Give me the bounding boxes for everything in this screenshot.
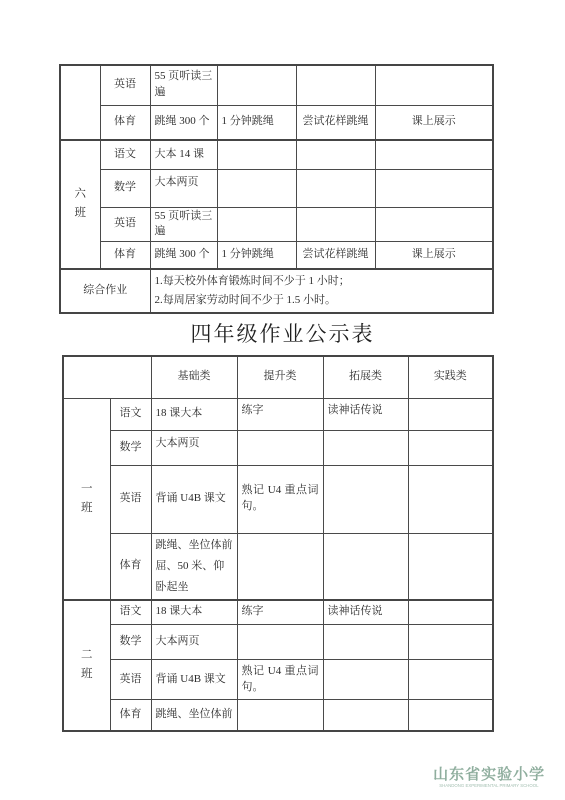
subject-cell: 数学 xyxy=(100,169,150,207)
class-cell-class1: 一班 xyxy=(63,398,110,600)
expand-homework-cell xyxy=(323,700,408,731)
improve-homework-cell xyxy=(237,700,323,731)
class-cell-class6: 六班 xyxy=(60,140,100,269)
improve-homework-cell xyxy=(237,430,323,465)
table-row: 数学 大本两页 xyxy=(63,430,493,465)
improve-homework-cell xyxy=(217,65,296,105)
expand-homework-cell: 读神话传说 xyxy=(323,398,408,430)
table-row: 数学 大本两页 xyxy=(60,169,493,207)
expand-homework-cell xyxy=(323,430,408,465)
basic-homework-cell: 跳绳 300 个 xyxy=(150,242,217,269)
class-label: 一班 xyxy=(81,480,93,518)
practice-homework-cell xyxy=(408,700,493,731)
table-row: 英语 背诵 U4B 课文 熟记 U4 重点词句。 xyxy=(63,465,493,533)
improve-homework-cell xyxy=(237,533,323,600)
improve-homework-cell: 熟记 U4 重点词句。 xyxy=(237,465,323,533)
expand-homework-cell: 尝试花样跳绳 xyxy=(296,242,375,269)
homework-table-top: 英语 55 页听读三遍 体育 跳绳 300 个 1 分钟跳绳 尝试花样跳绳 课上… xyxy=(59,64,494,314)
class-label: 二班 xyxy=(81,646,93,684)
practice-homework-cell xyxy=(408,430,493,465)
subject-cell: 体育 xyxy=(100,105,150,140)
expand-homework-cell: 读神话传说 xyxy=(323,600,408,625)
subject-cell: 语文 xyxy=(110,600,151,625)
comprehensive-item: 2.每周居家劳动时间不少于 1.5 小时。 xyxy=(155,291,489,310)
basic-homework-cell: 跳绳 300 个 xyxy=(150,105,217,140)
basic-homework-cell: 大本两页 xyxy=(151,625,237,660)
class-cell-class2: 二班 xyxy=(63,600,110,731)
basic-homework-cell: 大本两页 xyxy=(150,169,217,207)
practice-homework-cell xyxy=(408,465,493,533)
subject-cell: 体育 xyxy=(110,700,151,731)
improve-homework-cell xyxy=(217,169,296,207)
basic-homework-cell: 背诵 U4B 课文 xyxy=(151,660,237,700)
table-row: 英语 55 页听读三遍 xyxy=(60,207,493,242)
expand-homework-cell: 尝试花样跳绳 xyxy=(296,105,375,140)
table-row: 体育 跳绳、坐位体前 xyxy=(63,700,493,731)
subject-cell: 语文 xyxy=(100,140,150,169)
basic-homework-cell: 大本两页 xyxy=(151,430,237,465)
basic-homework-cell: 18 课大本 xyxy=(151,398,237,430)
basic-homework-cell: 大本 14 课 xyxy=(150,140,217,169)
basic-homework-cell: 18 课大本 xyxy=(151,600,237,625)
basic-homework-cell: 55 页听读三遍 xyxy=(150,207,217,242)
document-page: 英语 55 页听读三遍 体育 跳绳 300 个 1 分钟跳绳 尝试花样跳绳 课上… xyxy=(0,0,565,800)
expand-homework-cell xyxy=(296,140,375,169)
comprehensive-label-cell: 综合作业 xyxy=(60,269,150,313)
subject-cell: 体育 xyxy=(110,533,151,600)
practice-homework-cell xyxy=(375,65,493,105)
comprehensive-item: 1.每天校外体育锻炼时间不少于 1 小时； xyxy=(155,272,489,291)
expand-homework-cell xyxy=(323,465,408,533)
practice-homework-cell xyxy=(408,625,493,660)
expand-homework-cell xyxy=(323,533,408,600)
practice-homework-cell xyxy=(408,533,493,600)
class-cell-empty xyxy=(60,65,100,140)
class-label: 六班 xyxy=(75,185,87,223)
subject-cell: 英语 xyxy=(100,65,150,105)
table-row: 综合作业 1.每天校外体育锻炼时间不少于 1 小时； 2.每周居家劳动时间不少于… xyxy=(60,269,493,313)
practice-homework-cell xyxy=(408,600,493,625)
practice-homework-cell xyxy=(375,207,493,242)
expand-homework-cell xyxy=(323,660,408,700)
table-row: 体育 跳绳、坐位体前屈、50 米、仰卧起坐 xyxy=(63,533,493,600)
header-practice: 实践类 xyxy=(408,356,493,398)
school-watermark: 山东省实验小学 SHANDONG EXPERIMENTAL PRIMARY SC… xyxy=(420,768,558,790)
subject-cell: 英语 xyxy=(110,465,151,533)
practice-homework-cell: 课上展示 xyxy=(375,242,493,269)
improve-homework-cell xyxy=(237,625,323,660)
improve-homework-cell: 1 分钟跳绳 xyxy=(217,242,296,269)
subject-cell: 数学 xyxy=(110,625,151,660)
table-row: 二班 语文 18 课大本 练字 读神话传说 xyxy=(63,600,493,625)
improve-homework-cell xyxy=(217,207,296,242)
table-row: 体育 跳绳 300 个 1 分钟跳绳 尝试花样跳绳 课上展示 xyxy=(60,105,493,140)
subject-cell: 数学 xyxy=(110,430,151,465)
improve-homework-cell: 熟记 U4 重点词句。 xyxy=(237,660,323,700)
improve-homework-cell: 练字 xyxy=(237,398,323,430)
basic-homework-cell: 背诵 U4B 课文 xyxy=(151,465,237,533)
basic-homework-cell: 55 页听读三遍 xyxy=(150,65,217,105)
practice-homework-cell xyxy=(375,169,493,207)
header-basic: 基础类 xyxy=(151,356,237,398)
school-name-cn: 山东省实验小学 xyxy=(420,768,558,783)
section-title: 四年级作业公示表 xyxy=(0,317,565,351)
table-row: 英语 55 页听读三遍 xyxy=(60,65,493,105)
expand-homework-cell xyxy=(296,169,375,207)
practice-homework-cell xyxy=(408,398,493,430)
table-row: 英语 背诵 U4B 课文 熟记 U4 重点词句。 xyxy=(63,660,493,700)
subject-cell: 英语 xyxy=(100,207,150,242)
school-name-en: SHANDONG EXPERIMENTAL PRIMARY SCHOOL xyxy=(439,784,538,788)
expand-homework-cell xyxy=(296,207,375,242)
table-row: 六班 语文 大本 14 课 xyxy=(60,140,493,169)
table-row: 体育 跳绳 300 个 1 分钟跳绳 尝试花样跳绳 课上展示 xyxy=(60,242,493,269)
header-improve: 提升类 xyxy=(237,356,323,398)
table-row: 一班 语文 18 课大本 练字 读神话传说 xyxy=(63,398,493,430)
practice-homework-cell: 课上展示 xyxy=(375,105,493,140)
basic-homework-cell: 跳绳、坐位体前 xyxy=(151,700,237,731)
expand-homework-cell xyxy=(296,65,375,105)
homework-table-grade4: 基础类 提升类 拓展类 实践类 一班 语文 18 课大本 练字 读神话传说 数学… xyxy=(62,355,494,732)
improve-homework-cell: 1 分钟跳绳 xyxy=(217,105,296,140)
expand-homework-cell xyxy=(323,625,408,660)
header-empty-cell xyxy=(63,356,151,398)
subject-cell: 体育 xyxy=(100,242,150,269)
subject-cell: 语文 xyxy=(110,398,151,430)
practice-homework-cell xyxy=(375,140,493,169)
basic-homework-cell: 跳绳、坐位体前屈、50 米、仰卧起坐 xyxy=(151,533,237,600)
improve-homework-cell: 练字 xyxy=(237,600,323,625)
improve-homework-cell xyxy=(217,140,296,169)
practice-homework-cell xyxy=(408,660,493,700)
header-expand: 拓展类 xyxy=(323,356,408,398)
subject-cell: 英语 xyxy=(110,660,151,700)
table-row: 数学 大本两页 xyxy=(63,625,493,660)
comprehensive-content-cell: 1.每天校外体育锻炼时间不少于 1 小时； 2.每周居家劳动时间不少于 1.5 … xyxy=(150,269,493,313)
header-row: 基础类 提升类 拓展类 实践类 xyxy=(63,356,493,398)
